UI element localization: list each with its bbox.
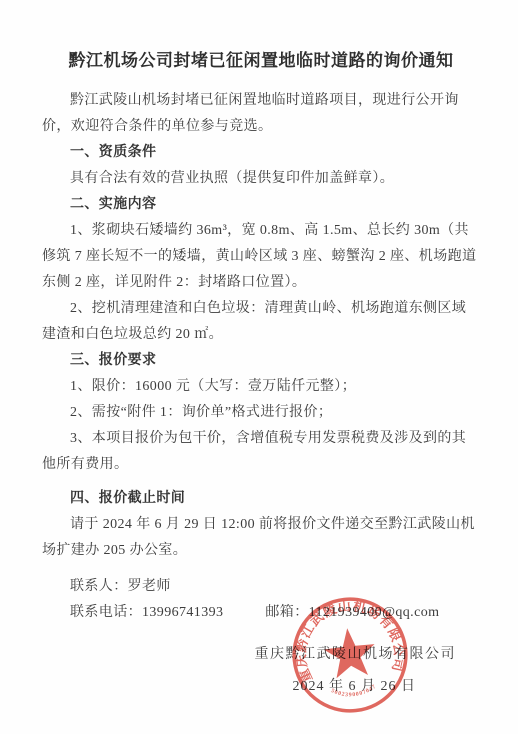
- contact-person: 联系人：罗老师: [42, 574, 480, 600]
- section-3-paragraph-2: 2、需按“附件 1：询价单”格式进行报价；: [42, 400, 480, 426]
- section-2-paragraph-1: 1、浆砌块石矮墙约 36m³，宽 0.8m、高 1.5m、总长约 30m（共修筑…: [42, 218, 480, 296]
- contact-phone-email-row: 联系电话：13996741393邮箱：1121939400@qq.com: [42, 600, 480, 626]
- section-4-heading: 四、报价截止时间: [42, 486, 480, 512]
- signature-company: 重庆黔江武陵山机场有限公司: [42, 640, 456, 670]
- section-3-paragraph-1: 1、限价：16000 元（大写：壹万陆仟元整）；: [42, 374, 480, 400]
- section-2-paragraph-2: 2、挖机清理建渣和白色垃圾：清理黄山岭、机场跑道东侧区域建渣和白色垃圾总约 20…: [42, 296, 480, 348]
- section-2-heading: 二、实施内容: [42, 192, 480, 218]
- document-page: 黔江机场公司封堵已征闲置地临时道路的询价通知 黔江武陵山机场封堵已征闲置地临时道…: [0, 0, 518, 734]
- section-3-paragraph-3: 3、本项目报价为包干价，含增值税专用发票税费及涉及到的其他所有费用。: [42, 426, 480, 478]
- section-1-heading: 一、资质条件: [42, 140, 480, 166]
- section-3-heading: 三、报价要求: [42, 348, 480, 374]
- intro-paragraph: 黔江武陵山机场封堵已征闲置地临时道路项目，现进行公开询价，欢迎符合条件的单位参与…: [42, 88, 480, 140]
- contact-block: 联系人：罗老师 联系电话：13996741393邮箱：1121939400@qq…: [42, 574, 480, 626]
- contact-email: 邮箱：1121939400@qq.com: [265, 605, 439, 620]
- document-content: 黔江机场公司封堵已征闲置地临时道路的询价通知 黔江武陵山机场封堵已征闲置地临时道…: [0, 0, 518, 700]
- document-title: 黔江机场公司封堵已征闲置地临时道路的询价通知: [42, 48, 480, 74]
- contact-phone: 联系电话：13996741393: [70, 605, 223, 620]
- section-4-paragraph: 请于 2024 年 6 月 29 日 12:00 前将报价文件递交至黔江武陵山机…: [42, 512, 480, 564]
- signature-date: 2024 年 6 月 26 日: [42, 674, 456, 700]
- section-1-paragraph: 具有合法有效的营业执照（提供复印件加盖鲜章）。: [42, 166, 480, 192]
- signature-block: 重庆黔江武陵山机场有限公司 2024 年 6 月 26 日: [42, 640, 480, 700]
